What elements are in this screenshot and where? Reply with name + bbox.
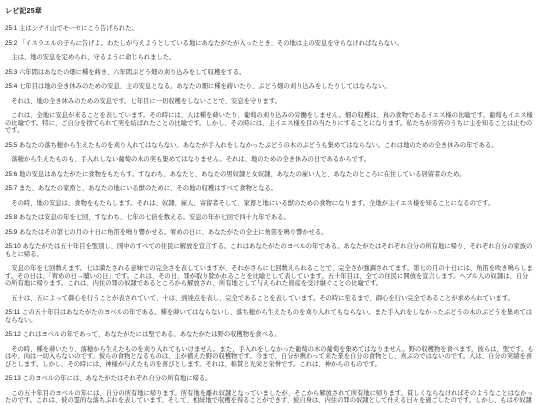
verse-paragraph: 25:10 あなたがたは五十年目を聖別し、国中のすべての住民に解放を宣言する。こ… <box>5 243 534 258</box>
document-title: レビ記25章 <box>5 6 534 16</box>
verse-paragraph: 25:8 あなたは安息の年を七回、すなわち、七年の七倍を数える。安息の年が七回で… <box>5 214 534 222</box>
verse-paragraph: 25:4 七年目は地の全き休みのための安息、主の安息となる。あなたの畑に種を蒔い… <box>5 83 534 91</box>
commentary-paragraph: これは、全地に安息が来ることを表しています。その時には、人は種を蒔いたり、葡萄の… <box>5 112 534 135</box>
commentary-paragraph: 落穂から生えたものも、手入れしない葡萄の木の実も集めてはなりません。それは、地の… <box>5 156 534 164</box>
commentary-paragraph: 主は、地の安息を定められ、守るように命じられました。 <box>5 54 534 62</box>
verse-paragraph: 25:1 主はシナイ山でモーセにこう告げられた。 <box>5 25 534 33</box>
commentary-paragraph: その時、種を蒔いたり、落穂から生えたものを刈り入れてもいけません。また、手入れを… <box>5 346 534 369</box>
document-page: レビ記25章 25:1 主はシナイ山でモーセにこう告げられた。25:2 「イスラ… <box>0 0 540 405</box>
commentary-paragraph: この五十年目のヨベルの年には、自分の所有地に帰ります。所有地を離れ奴隷となってい… <box>5 390 534 405</box>
document-body: 25:1 主はシナイ山でモーセにこう告げられた。25:2 「イスラエルの子らに告… <box>5 25 534 405</box>
commentary-paragraph: 安息の年を七回数えます。七は満たされる意味での完全さを表していますが、それがさら… <box>5 265 534 288</box>
verse-paragraph: 25:11 この五十年目はあなたがたのヨベルの年である。種を蒔いてはならないし、… <box>5 309 534 324</box>
verse-paragraph: 25:13 このヨベルの年には、あなたがたはそれぞれ自分の所有地に帰る。 <box>5 375 534 383</box>
verse-paragraph: 25:7 また、あなたの家畜と、あなたの地にいる獣のために、その地の収穫はすべて… <box>5 185 534 193</box>
verse-paragraph: 25:2 「イスラエルの子らに告げよ。わたしが与えようとしている地にあなたがたが… <box>5 40 534 48</box>
verse-paragraph: 25:6 地の安息はあなたがたに食物をもたらす。すなわち、あなたと、あなたの男奴… <box>5 171 534 179</box>
verse-paragraph: 25:12 これはヨベルの年であって、あなたがたには聖である。あなたがたは野の収… <box>5 331 534 339</box>
commentary-paragraph: その時、地の安息は、食物をもたらします。それは、奴隷、雇人、寄留者そして、家畜と… <box>5 200 534 208</box>
verse-paragraph: 25:9 あなたはその第七の月の十日に角笛を鳴り響かせる。宥めの日に、あなたがた… <box>5 229 534 237</box>
verse-paragraph: 25:3 六年間はあなたの畑に種を蒔き、六年間ぶどう畑の刈り込みをして収穫をする… <box>5 69 534 77</box>
commentary-paragraph: それは、地の全き休みのための安息です。七年目に一切収穫をしないことで、安息を守り… <box>5 98 534 106</box>
commentary-paragraph: 五十は、五によって御心を行うことが表されていて、十は、到達点を表し、完全であるこ… <box>5 295 534 303</box>
verse-paragraph: 25:5 あなたの落ち穂から生えたものを刈り入れてはならない。あなたが手入れをし… <box>5 142 534 150</box>
